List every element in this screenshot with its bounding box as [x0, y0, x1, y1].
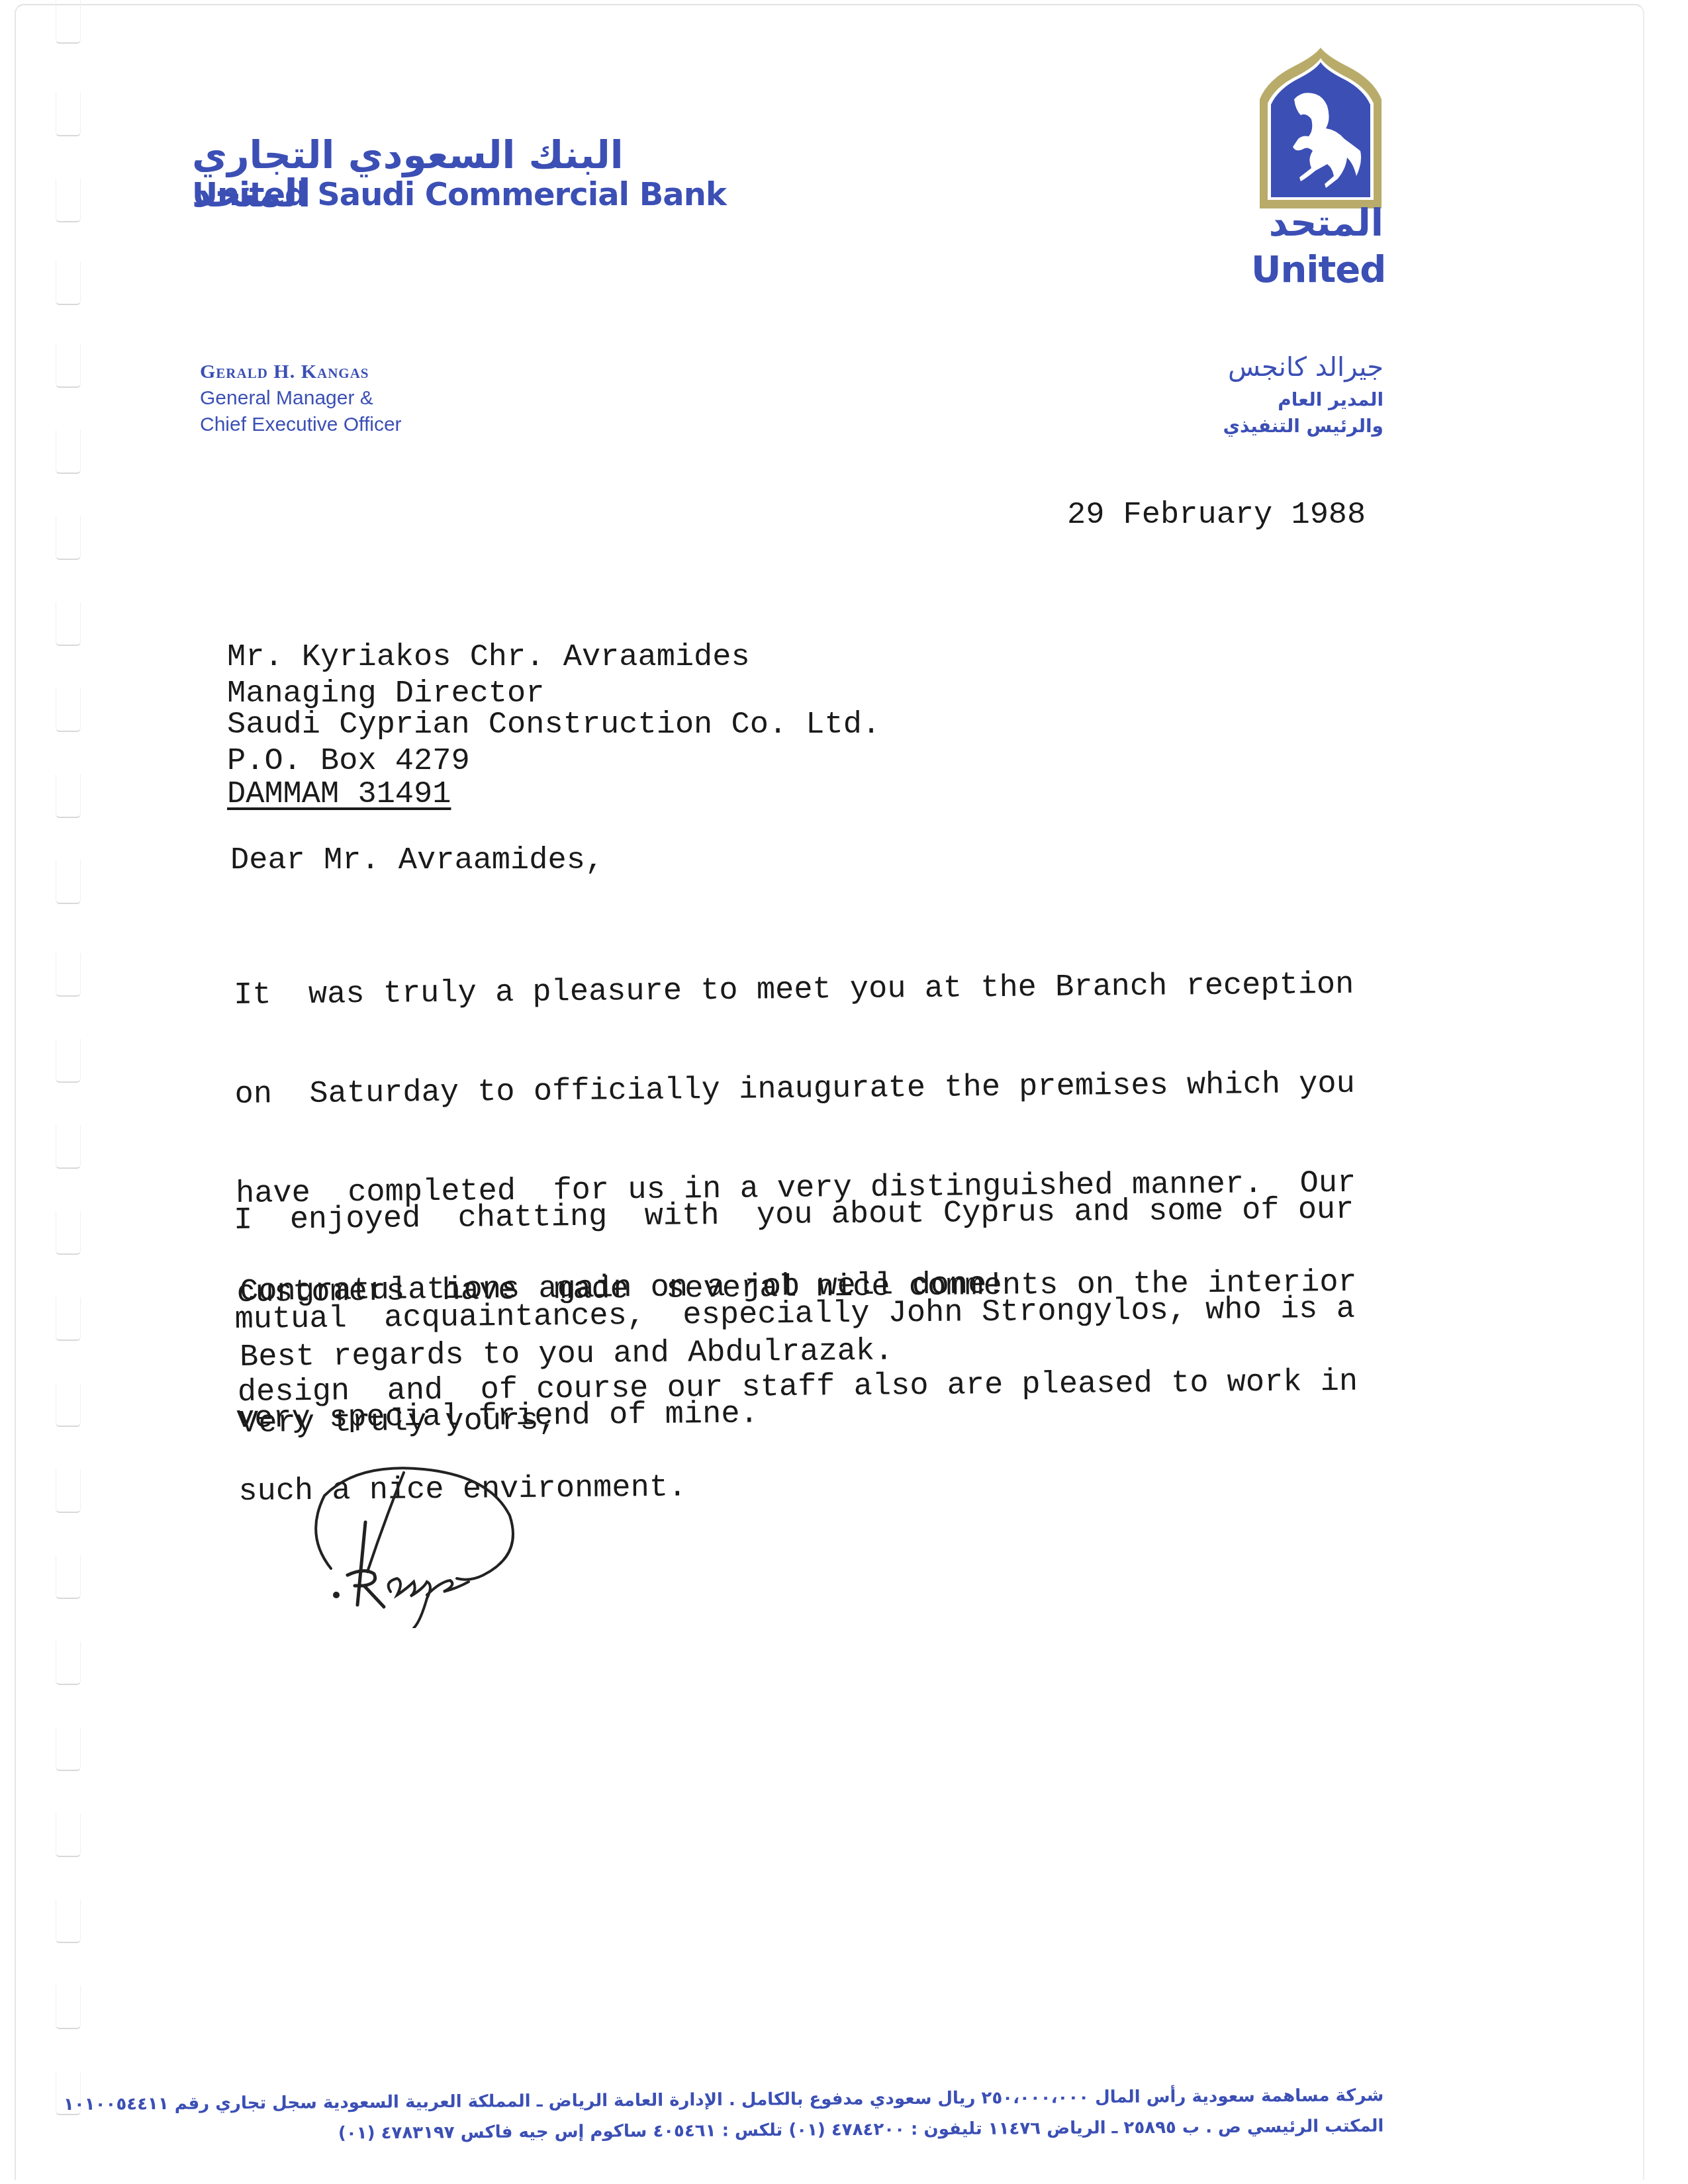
letter-date: 29 February 1988: [1067, 498, 1366, 533]
punch-hole: [56, 261, 81, 305]
sender-name: Gerald H. Kangas: [200, 361, 369, 383]
sender-title-arabic: المدير العام: [1278, 390, 1383, 409]
body-line: It was truly a pleasure to meet you at t…: [234, 969, 1354, 1013]
recipient-line: Mr. Kyriakos Chr. Avraamides: [227, 642, 750, 673]
recipient-line: Saudi Cyprian Construction Co. Ltd.: [227, 709, 880, 741]
punch-hole: [56, 1727, 81, 1771]
closing: Very truly yours,: [240, 1404, 557, 1441]
logo-name-arabic: المتحد: [1251, 205, 1383, 242]
punch-hole: [56, 1039, 81, 1083]
rearing-horse-icon: [1254, 46, 1387, 212]
punch-hole: [56, 1297, 81, 1341]
sender-title-arabic: والرئيس التنفيذي: [1223, 417, 1383, 435]
punch-hole: [56, 774, 81, 818]
recipient-city: DAMMAM 31491: [227, 779, 451, 810]
recipient-line: P.O. Box 4279: [227, 746, 470, 777]
punch-hole: [56, 430, 81, 474]
punch-hole: [56, 516, 81, 560]
logo-name-english: United: [1251, 251, 1383, 289]
sender-title-line: Chief Executive Officer: [200, 415, 402, 435]
punch-hole: [56, 860, 81, 904]
bank-name-english: United Saudi Commercial Bank: [192, 179, 726, 210]
punch-hole: [56, 0, 81, 44]
punch-hole: [56, 1211, 81, 1255]
punch-hole: [56, 1383, 81, 1427]
salutation: Dear Mr. Avraamides,: [230, 845, 604, 876]
punch-hole: [56, 953, 81, 997]
signature: [291, 1456, 543, 1628]
punch-hole: [56, 1813, 81, 1857]
punch-hole: [56, 688, 81, 732]
punch-hole: [56, 93, 81, 136]
punch-hole: [56, 1641, 81, 1685]
punch-hole: [56, 1469, 81, 1513]
punch-hole: [56, 602, 81, 646]
punch-hole: [56, 1125, 81, 1169]
sender-name-arabic: جيرالد كانجس: [1228, 354, 1383, 381]
sender-title-line: General Manager &: [200, 388, 373, 408]
punch-hole: [56, 1555, 81, 1599]
body-line: I enjoyed chatting with you about Cyprus…: [234, 1194, 1354, 1238]
recipient-line: Managing Director: [227, 678, 544, 709]
punch-hole: [56, 179, 81, 222]
body-paragraph-4: Best regards to you and Abdulrazak.: [240, 1336, 894, 1375]
punch-hole: [56, 1985, 81, 2029]
punch-hole: [56, 1899, 81, 1943]
body-line: on Saturday to officially inaugurate the…: [234, 1068, 1355, 1112]
punch-hole: [56, 344, 81, 388]
body-paragraph-3: Congratulations again on a job well done…: [240, 1269, 1006, 1309]
